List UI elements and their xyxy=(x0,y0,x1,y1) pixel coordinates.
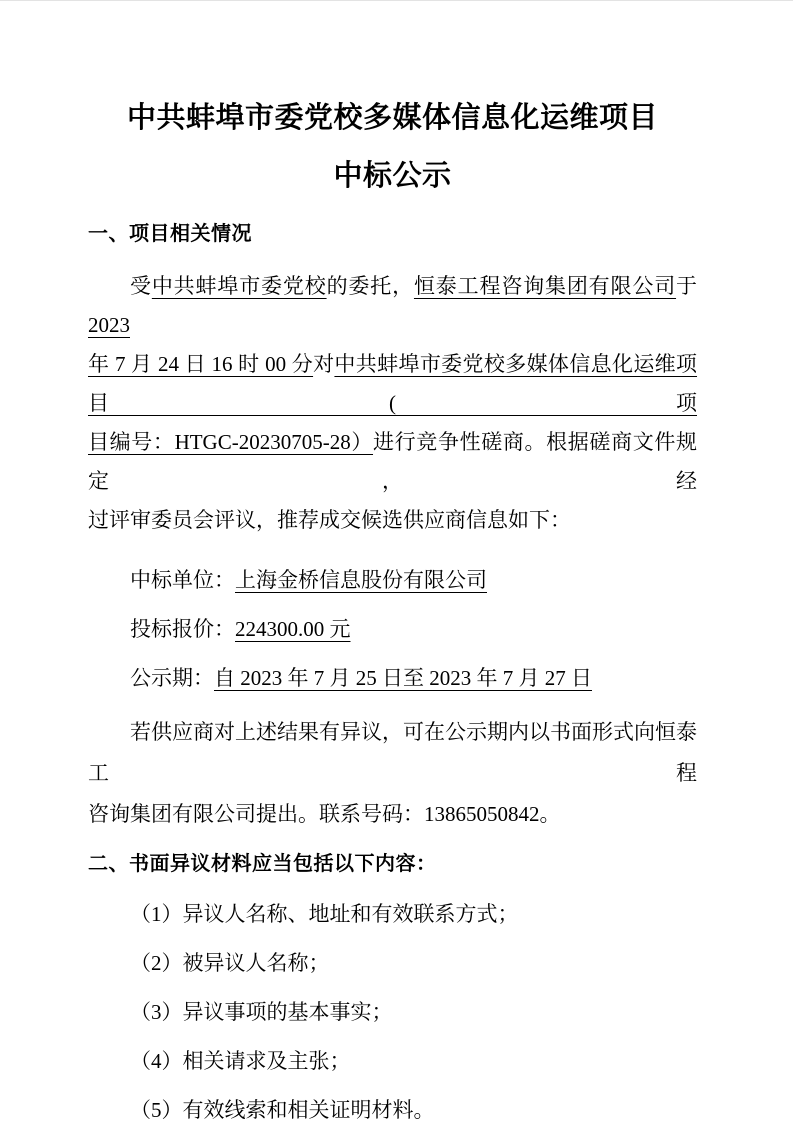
underlined-text: 中共蚌埠市委党校 xyxy=(152,274,327,298)
paragraph-line-1: 受中共蚌埠市委党校的委托，恒泰工程咨询集团有限公司于 2023 xyxy=(88,267,697,345)
field-value-winner: 上海金桥信息股份有限公司 xyxy=(235,568,487,592)
notice-line-2: 咨询集团有限公司提出。联系号码：13865050842。 xyxy=(88,794,697,835)
paragraph-line-4: 过评审委员会评议，推荐成交候选供应商信息如下： xyxy=(88,501,697,540)
field-label-price: 投标报价： xyxy=(130,617,235,641)
field-label-winner: 中标单位： xyxy=(130,568,235,592)
plain-text: 受 xyxy=(130,274,152,298)
objection-notice-paragraph: 若供应商对上述结果有异议，可在公示期内以书面形式向恒泰工程 咨询集团有限公司提出… xyxy=(88,712,697,835)
objection-items-list: （1）异议人名称、地址和有效联系方式； （2）被异议人名称； （3）异议事项的基… xyxy=(88,895,697,1122)
paragraph-line-3: 目编号：HTGC-20230705-28）进行竞争性磋商。根据磋商文件规定，经 xyxy=(88,423,697,501)
section-two-heading: 二、书面异议材料应当包括以下内容： xyxy=(88,852,697,876)
underlined-text: 年 7 月 24 日 16 时 00 分 xyxy=(88,352,313,376)
list-item-4: （4）相关请求及主张； xyxy=(88,1042,697,1081)
field-row-winner: 中标单位：上海金桥信息股份有限公司 xyxy=(88,561,697,600)
list-item-2: （2）被异议人名称； xyxy=(88,944,697,983)
project-intro-paragraph: 受中共蚌埠市委党校的委托，恒泰工程咨询集团有限公司于 2023 年 7 月 24… xyxy=(88,267,697,540)
field-row-publicity-period: 公示期：自 2023 年 7 月 25 日至 2023 年 7 月 27 日 xyxy=(88,659,697,698)
paragraph-line-2: 年 7 月 24 日 16 时 00 分对中共蚌埠市委党校多媒体信息化运维项目(… xyxy=(88,345,697,423)
list-item-1: （1）异议人名称、地址和有效联系方式； xyxy=(88,895,697,934)
field-value-price: 224300.00 元 xyxy=(235,617,351,641)
underlined-text: 2023 xyxy=(88,313,130,337)
document-page: 中共蚌埠市委党校多媒体信息化运维项目 中标公示 一、项目相关情况 受中共蚌埠市委… xyxy=(0,0,793,1122)
underlined-text: 目编号：HTGC-20230705-28） xyxy=(88,430,373,454)
notice-line-1: 若供应商对上述结果有异议，可在公示期内以书面形式向恒泰工程 xyxy=(88,712,697,794)
field-row-price: 投标报价：224300.00 元 xyxy=(88,610,697,649)
underlined-text: 恒泰工程咨询集团有限公司 xyxy=(414,274,676,298)
section-one-heading: 一、项目相关情况 xyxy=(88,222,697,246)
plain-text: 对 xyxy=(313,352,334,376)
field-value-publicity-period: 自 2023 年 7 月 25 日至 2023 年 7 月 27 日 xyxy=(214,666,592,690)
plain-text: 的委托， xyxy=(327,274,414,298)
document-title: 中共蚌埠市委党校多媒体信息化运维项目 xyxy=(88,101,697,135)
list-item-3: （3）异议事项的基本事实； xyxy=(88,993,697,1032)
plain-text: 过评审委员会评议，推荐成交候选供应商信息如下： xyxy=(88,508,571,532)
field-label-publicity-period: 公示期： xyxy=(130,666,214,690)
document-subtitle: 中标公示 xyxy=(88,159,697,193)
list-item-5: （5）有效线索和相关证明材料。 xyxy=(88,1091,697,1122)
plain-text: 于 xyxy=(676,274,697,298)
award-fields: 中标单位：上海金桥信息股份有限公司 投标报价：224300.00 元 公示期：自… xyxy=(88,561,697,698)
